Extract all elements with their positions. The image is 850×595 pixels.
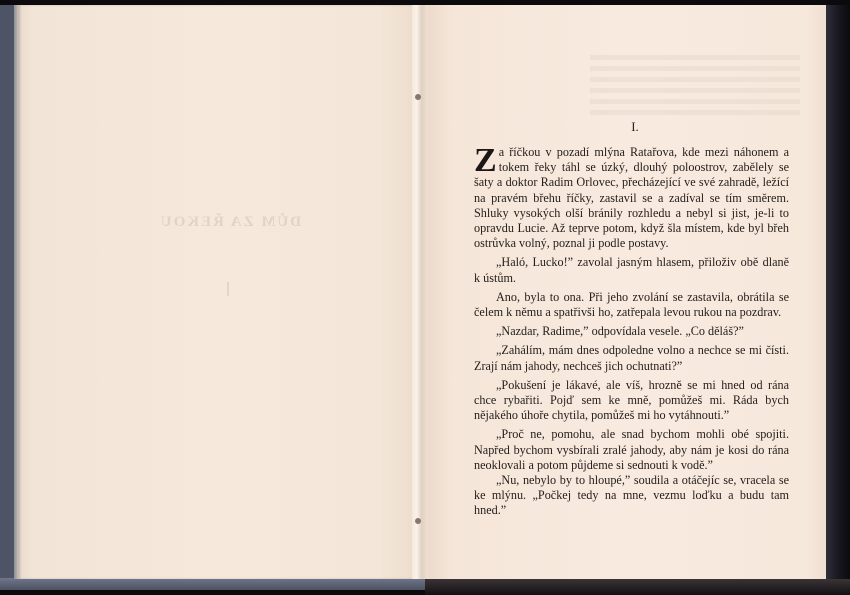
paragraph: Za říčkou v pozadí mlýna Ratařova, kde m…: [474, 145, 789, 251]
binding-stitch: [415, 94, 421, 100]
left-page-bleed-through-title: DŮM ZA ŘEKOU: [140, 214, 320, 231]
left-page: [17, 5, 419, 579]
paragraph: „Nu, nebylo by to hloupé,” soudila a otá…: [474, 473, 789, 519]
paragraph: „Haló, Lucko!” zavolal jasným hlasem, př…: [474, 255, 789, 285]
book-bottom-edge-shadow: [425, 579, 850, 595]
binding-stitch: [415, 518, 421, 524]
left-page-bleed-mark: [227, 282, 229, 296]
paragraph: „Zahálím, mám dnes odpoledne volno a nec…: [474, 343, 789, 373]
paragraph-text: a říčkou v pozadí mlýna Ratařova, kde me…: [474, 145, 789, 250]
book-gutter: [412, 5, 428, 579]
chapter-heading: I.: [470, 119, 800, 135]
book-cover-bottom-edge: [0, 578, 425, 590]
paragraph: „Nazdar, Radime,” odpovídala vesele. „Co…: [474, 324, 789, 339]
paragraph: „Pokušení je lákavé, ale víš, hrozně se …: [474, 378, 789, 424]
chapter-text: Za říčkou v pozadí mlýna Ratařova, kde m…: [474, 145, 789, 519]
drop-cap: Z: [474, 147, 497, 174]
paragraph: „Proč ne, pomohu, ale snad bychom mohli …: [474, 427, 789, 473]
book-right-edge-shadow: [826, 5, 850, 595]
paragraph: Ano, byla to ona. Při jeho zvolání se za…: [474, 290, 789, 320]
right-page-bleed-through-text: [590, 55, 800, 115]
